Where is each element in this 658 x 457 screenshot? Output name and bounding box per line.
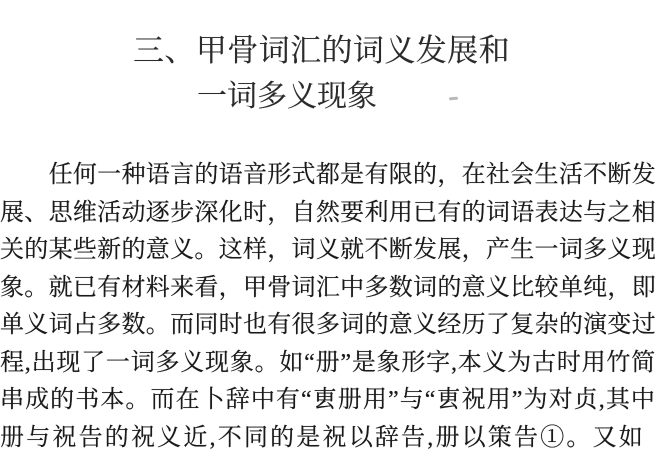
text-line: 单义词占多数。而同时也有很多词的意义经历了复杂的演变过 xyxy=(0,307,656,345)
text-line: 象。就已有材料来看，甲骨词汇中多数词的意义比较单纯，即 xyxy=(0,270,656,308)
text-line: 任何一种语言的语音形式都是有限的，在社会生活不断发 xyxy=(0,157,656,195)
scan-speck xyxy=(449,97,458,101)
scanned-page: 三、甲骨词汇的词义发展和 一词多义现象 任何一种语言的语音形式都是有限的，在社会… xyxy=(0,0,658,457)
text-line: 串成的书本。而在卜辞中有“叀册用”与“叀祝用”为对贞,其中 xyxy=(0,382,656,420)
text-line: 程,出现了一词多义现象。如“册”是象形字,本义为古时用竹简 xyxy=(0,345,656,383)
chapter-title-line-1: 三、甲骨词汇的词义发展和 xyxy=(133,35,510,66)
text-line: 展、思维活动逐步深化时，自然要利用已有的词语表达与之相 xyxy=(0,195,656,233)
paragraph: 任何一种语言的语音形式都是有限的，在社会生活不断发 展、思维活动逐步深化时，自然… xyxy=(0,157,658,457)
text-line: 关的某些新的意义。这样，词义就不断发展，产生一词多义现 xyxy=(0,232,656,270)
text-line: 册与祝告的祝义近,不同的是祝以辞告,册以策告①。又如 xyxy=(0,420,645,457)
chapter-title-line-2: 一词多义现象 xyxy=(197,82,377,112)
